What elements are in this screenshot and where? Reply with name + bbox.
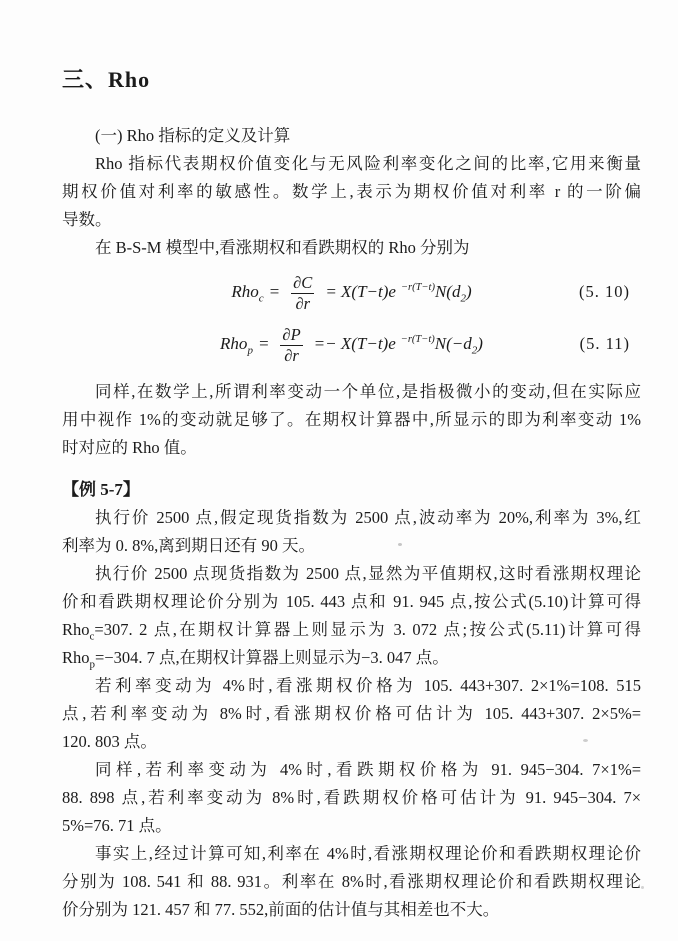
equals-sign: = (258, 334, 269, 353)
formula-tail-close: ) (466, 282, 472, 301)
fraction-denominator: ∂r (280, 345, 303, 366)
formula-tail-close: ) (477, 334, 483, 353)
text-line: Rho 指标代表期权价值变化与无风险利率变化之间的比率,它用来衡量 (62, 150, 641, 178)
text-line: 120. 803 点。 (62, 728, 641, 756)
text-line: 用中视作 1%的变动就足够了。在期权计算器中,所显示的即为利率变动 1% (62, 406, 641, 434)
text-line: 执行价 2500 点,假定现货指数为 2500 点,波动率为 20%,利率为 3… (62, 504, 641, 532)
text-line: 同样,若利率变动为 4%时,看跌期权价格为 91. 945−304. 7×1%= (62, 756, 641, 784)
subsection-title: (一) Rho 指标的定义及计算 (62, 122, 641, 150)
paragraph-bsm-model: 在 B-S-M 模型中,看涨期权和看跌期权的 Rho 分别为 (62, 234, 641, 262)
exponent: −r(T−t) (401, 282, 435, 293)
text-line: 期权价值对利率的敏感性。数学上,表示为期权价值对利率 r 的一阶偏 (62, 178, 641, 206)
text-line: 5%=76. 71 点。 (62, 812, 641, 840)
text-line: 分别为 108. 541 和 88. 931。利率在 8%时,看涨期权理论价和看… (62, 868, 641, 896)
text-line: 导数。 (62, 206, 641, 234)
rho-symbol: Rho (62, 648, 90, 667)
paragraph-put-estimate: 同样,若利率变动为 4%时,看跌期权价格为 91. 945−304. 7×1%=… (62, 756, 641, 840)
equation-number: (5. 11) (580, 322, 630, 366)
formula-rhs: =− X(T−t)e (314, 334, 396, 353)
scan-speck (583, 739, 588, 742)
formula-rhs: = X(T−t)e (325, 282, 396, 301)
text-line: 执行价 2500 点现货指数为 2500 点,显然为平值期权,这时看涨期权理论 (62, 560, 641, 588)
partial-derivative-fraction: ∂P∂r (278, 325, 304, 366)
paragraph-example-setup: 执行价 2500 点,假定现货指数为 2500 点,波动率为 20%,利率为 3… (62, 504, 641, 560)
text-line: 利率为 0. 8%,离到期日还有 90 天。 (62, 532, 641, 560)
fraction-numerator: ∂C (289, 273, 316, 293)
exponent: −r(T−t) (401, 334, 435, 345)
formula-tail: N(d (435, 282, 461, 301)
formula-lhs-subscript: c (259, 292, 264, 304)
text-line: 价和看跌期权理论价分别为 105. 443 点和 91. 945 点,按公式(5… (62, 588, 641, 616)
paragraph-conclusion: 事实上,经过计算可知,利率在 4%时,看涨期权理论价和看跌期权理论价 分别为 1… (62, 840, 641, 924)
line-text: =307. 2 点,在期权计算器上则显示为 3. 072 点;按公式(5.11)… (94, 620, 641, 639)
paragraph-call-estimate: 若利率变动为 4%时,看涨期权价格为 105. 443+307. 2×1%=10… (62, 672, 641, 756)
paragraph-rho-calculation: 执行价 2500 点现货指数为 2500 点,显然为平值期权,这时看涨期权理论 … (62, 560, 641, 672)
text-line: 同样,在数学上,所谓利率变动一个单位,是指极微小的变动,但在实际应 (62, 378, 641, 406)
formula-rho-call: Rhoc=∂C∂r= X(T−t)e−r(T−t)N(d2) (5. 10) (62, 270, 641, 314)
paragraph-rho-definition: Rho 指标代表期权价值变化与无风险利率变化之间的比率,它用来衡量 期权价值对利… (62, 150, 641, 234)
formula-lhs: Rho (220, 334, 247, 353)
fraction-denominator: ∂r (291, 293, 314, 314)
scanned-document-page: 三、Rho (一) Rho 指标的定义及计算 Rho 指标代表期权价值变化与无风… (0, 0, 678, 941)
rho-symbol: Rho (62, 620, 90, 639)
formula-rho-put: Rhop=∂P∂r=− X(T−t)e−r(T−t)N(−d2) (5. 11) (62, 322, 641, 366)
partial-derivative-fraction: ∂C∂r (289, 273, 316, 314)
scan-speck (398, 543, 402, 546)
text-line-with-subscript: Rhop=−304. 7 点,在期权计算器上则显示为−3. 047 点。 (62, 644, 641, 672)
equals-sign: = (269, 282, 280, 301)
formula-lhs: Rho (231, 282, 258, 301)
line-text: =−304. 7 点,在期权计算器上则显示为−3. 047 点。 (95, 648, 449, 667)
text-line: 若利率变动为 4%时,看涨期权价格为 105. 443+307. 2×1%=10… (62, 672, 641, 700)
text-line-with-subscript: Rhoc=307. 2 点,在期权计算器上则显示为 3. 072 点;按公式(5… (62, 616, 641, 644)
text-line: 点,若利率变动为 8%时,看涨期权价格可估计为 105. 443+307. 2×… (62, 700, 641, 728)
example-label: 【例 5-7】 (62, 476, 641, 504)
scan-speck (641, 886, 644, 889)
text-line: 价分别为 121. 457 和 77. 552,前面的估计值与其相差也不大。 (62, 896, 641, 924)
fraction-numerator: ∂P (278, 325, 304, 345)
equation-number: (5. 10) (579, 270, 630, 314)
formula-tail: N(−d (435, 334, 472, 353)
text-line: 时对应的 Rho 值。 (62, 434, 641, 462)
paragraph-rate-unit: 同样,在数学上,所谓利率变动一个单位,是指极微小的变动,但在实际应 用中视作 1… (62, 378, 641, 462)
formula-lhs-subscript: p (247, 344, 253, 356)
text-line: 88. 898 点,若利率变动为 8%时,看跌期权价格可估计为 91. 945−… (62, 784, 641, 812)
text-line: 事实上,经过计算可知,利率在 4%时,看涨期权理论价和看跌期权理论价 (62, 840, 641, 868)
section-heading: 三、Rho (62, 64, 641, 96)
